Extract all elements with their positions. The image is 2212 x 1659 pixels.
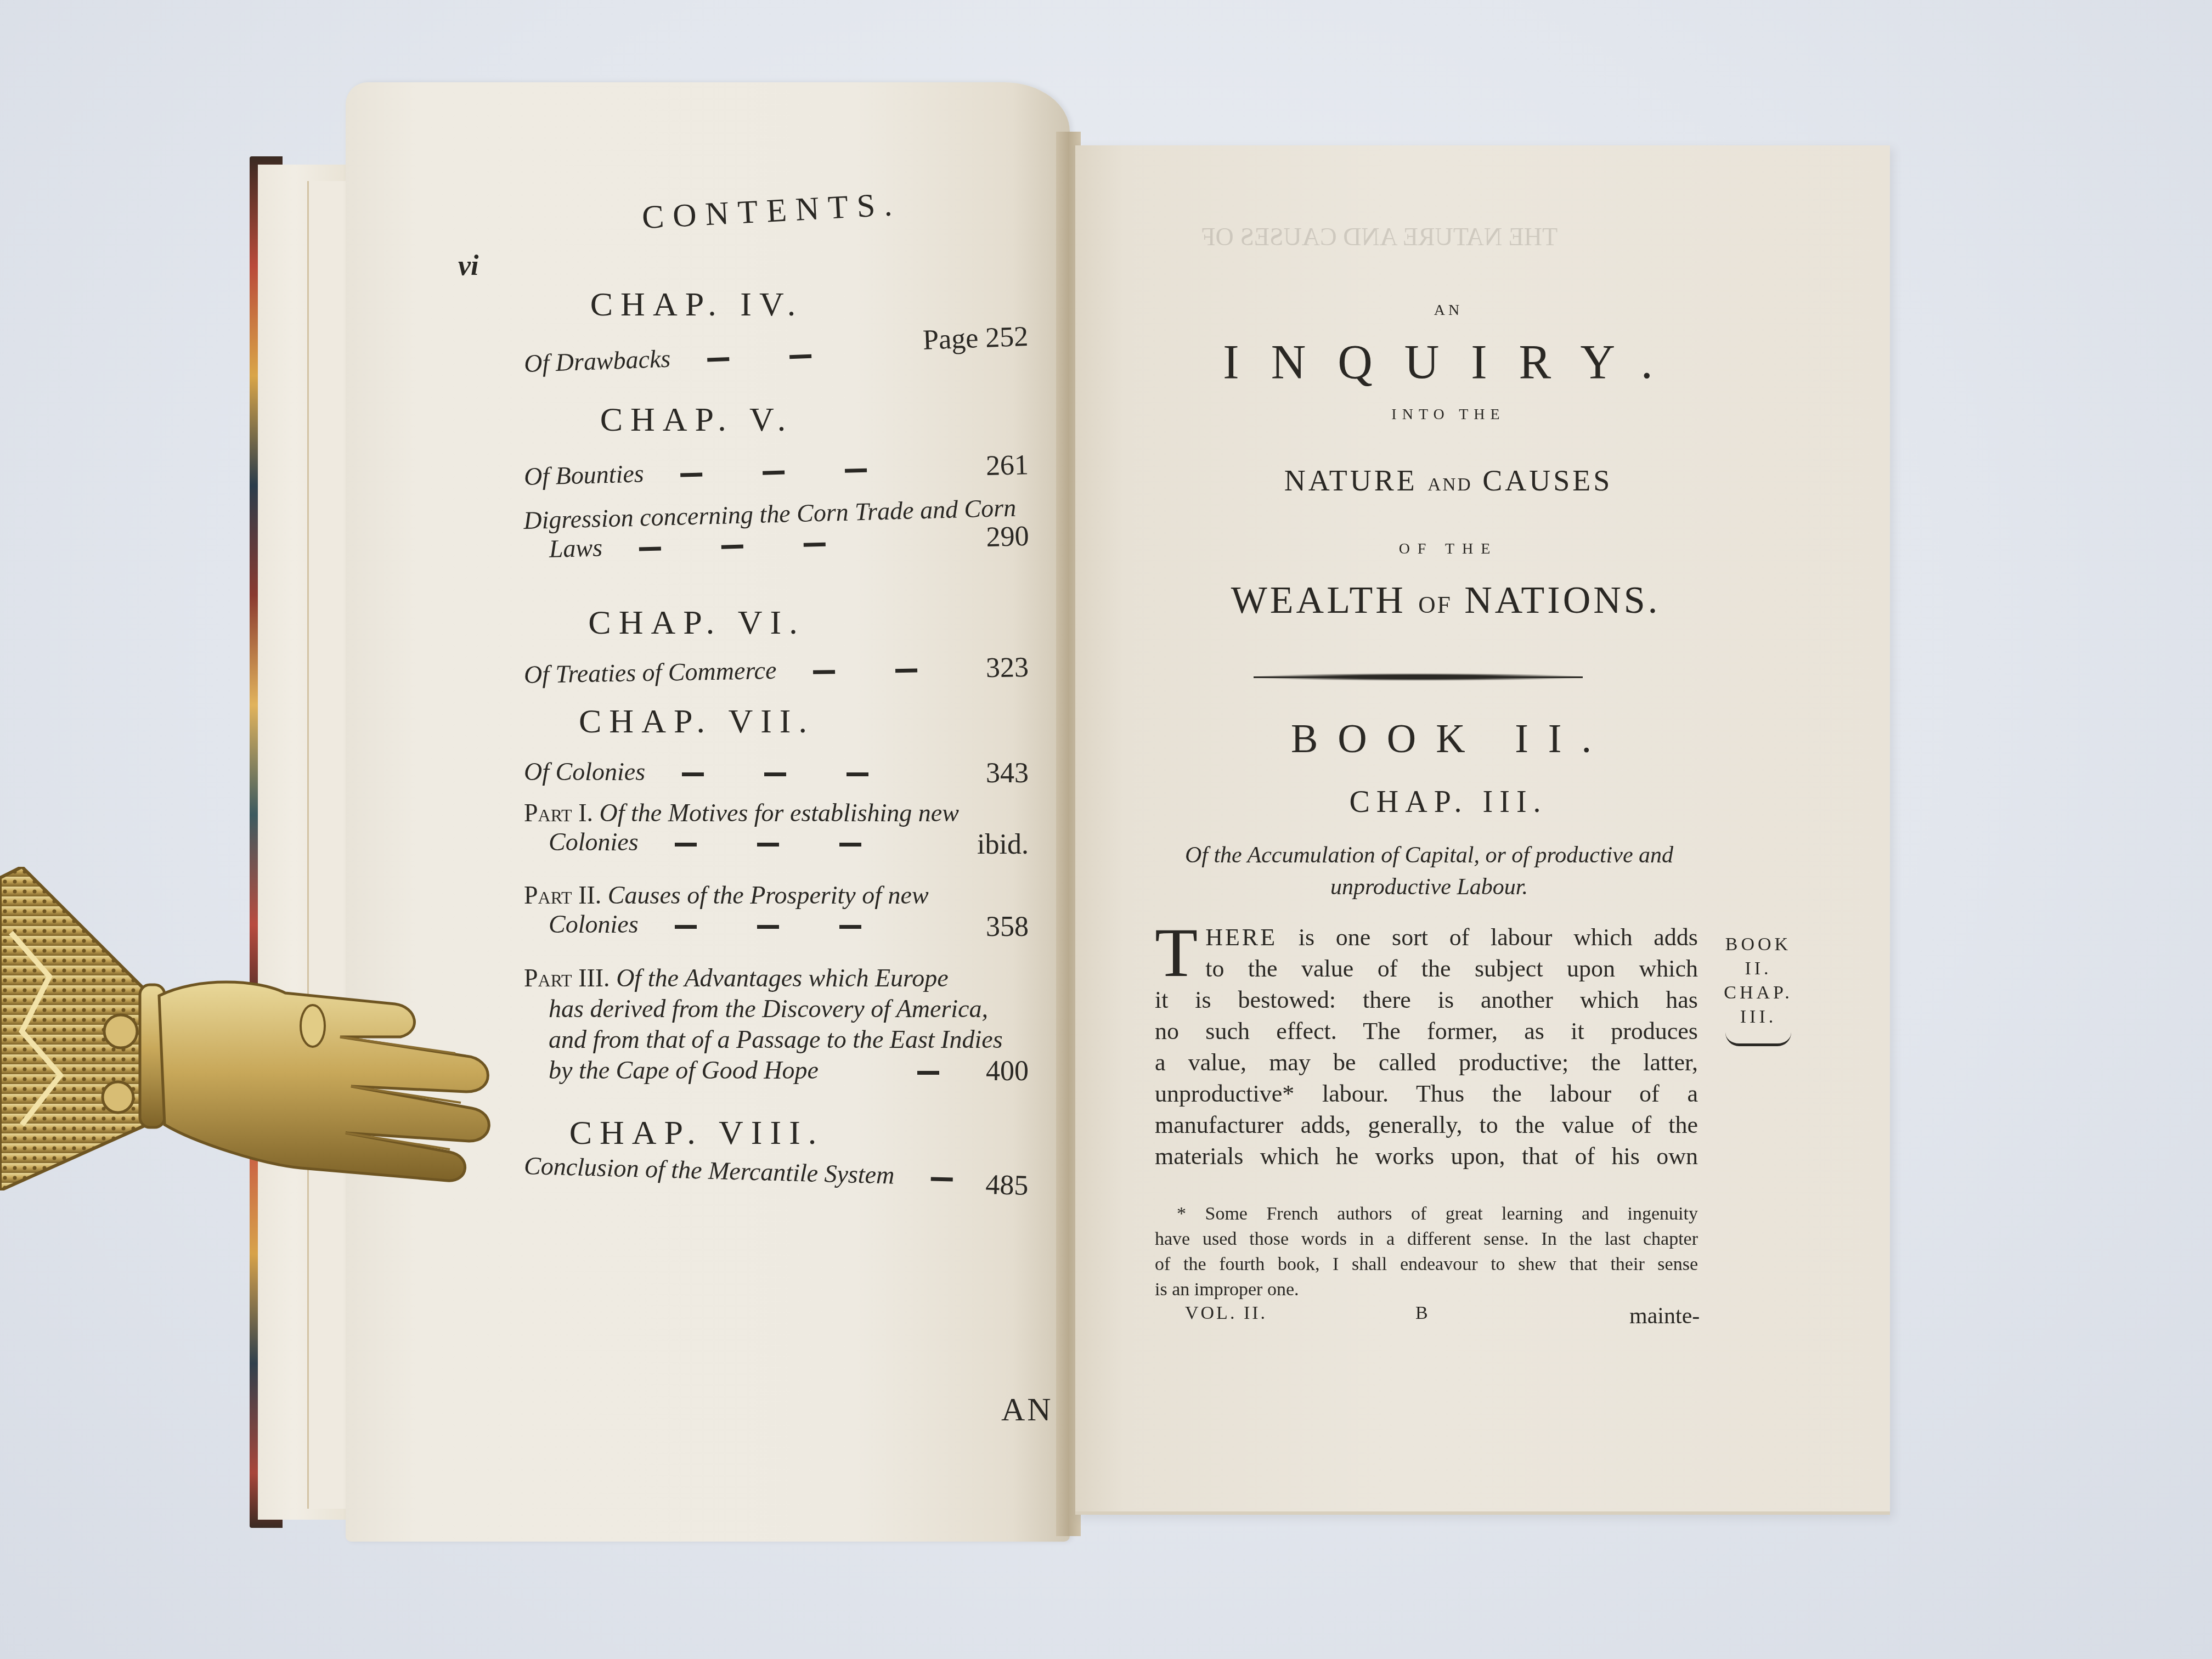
volume-signature: VOL. II.	[1185, 1303, 1267, 1324]
chapter-heading: CHAP. V.	[477, 400, 916, 439]
brass-hand-icon	[0, 867, 516, 1190]
page-folio: vi	[458, 250, 479, 282]
chapter-title: Of the Accumulation of Capital, or of pr…	[1155, 839, 1703, 903]
drop-cap: T	[1155, 925, 1198, 980]
book-heading: BOOK II.	[1138, 716, 1764, 763]
right-page-title: THE NATURE AND CAUSES OF AN INQUIRY. INT…	[1075, 145, 1890, 1515]
title-into-the: INTO THE	[1136, 406, 1761, 424]
contents-entry: Of Treaties of Commerce 323	[524, 651, 1029, 689]
contents-entry: Of Colonies 343	[524, 757, 1029, 786]
brace-icon	[1725, 1032, 1791, 1046]
margin-note: BOOK II. CHAP. III.	[1720, 933, 1797, 1046]
chapter-heading: CHAP. IV.	[477, 285, 916, 324]
brass-hand-paperweight	[0, 867, 516, 1190]
chapter-heading: CHAP. VI.	[477, 603, 916, 642]
footnote: * Some French authors of great learning …	[1155, 1201, 1698, 1302]
title-inquiry: INQUIRY.	[1141, 335, 1767, 390]
contents-entry: Part II. Causes of the Prosperity of new…	[524, 881, 1029, 939]
contents-entry: Part I. Of the Motives for establishing …	[524, 798, 1029, 856]
ornamental-rule	[1254, 673, 1583, 681]
contents-entry: Of Drawbacks Page 252	[523, 331, 1029, 378]
contents-entry: Conclusion of the Mercantile System 485	[523, 1151, 1029, 1193]
gathering-signature: B	[1415, 1303, 1430, 1324]
title-nature-and-causes: NATURE AND CAUSES	[1136, 464, 1761, 498]
left-page-contents: vi CONTENTS. CHAP. IV. Of Drawbacks Page…	[346, 82, 1070, 1542]
chapter-heading: CHAP. III.	[1136, 785, 1761, 820]
contents-entry: Of Bounties 261	[523, 449, 1029, 491]
chapter-heading: CHAP. VIII.	[477, 1114, 916, 1153]
title-of-the: OF THE	[1136, 540, 1761, 558]
contents-heading: CONTENTS.	[641, 185, 902, 237]
bleed-through-running-head: THE NATURE AND CAUSES OF	[1201, 222, 1558, 251]
chapter-heading: CHAP. VII.	[477, 702, 916, 741]
catchword: mainte-	[1629, 1303, 1700, 1329]
title-an: AN	[1136, 302, 1761, 319]
title-wealth-of-nations: WEALTH OF NATIONS.	[1133, 579, 1758, 623]
contents-entry: Part III. Of the Advantages which Europe…	[524, 963, 1029, 1086]
body-text: T HERE is one sort of labour which adds …	[1155, 922, 1698, 1172]
contents-entry: Digression concerning the Corn Trade and…	[523, 493, 1029, 564]
catchword: AN	[1001, 1391, 1053, 1429]
